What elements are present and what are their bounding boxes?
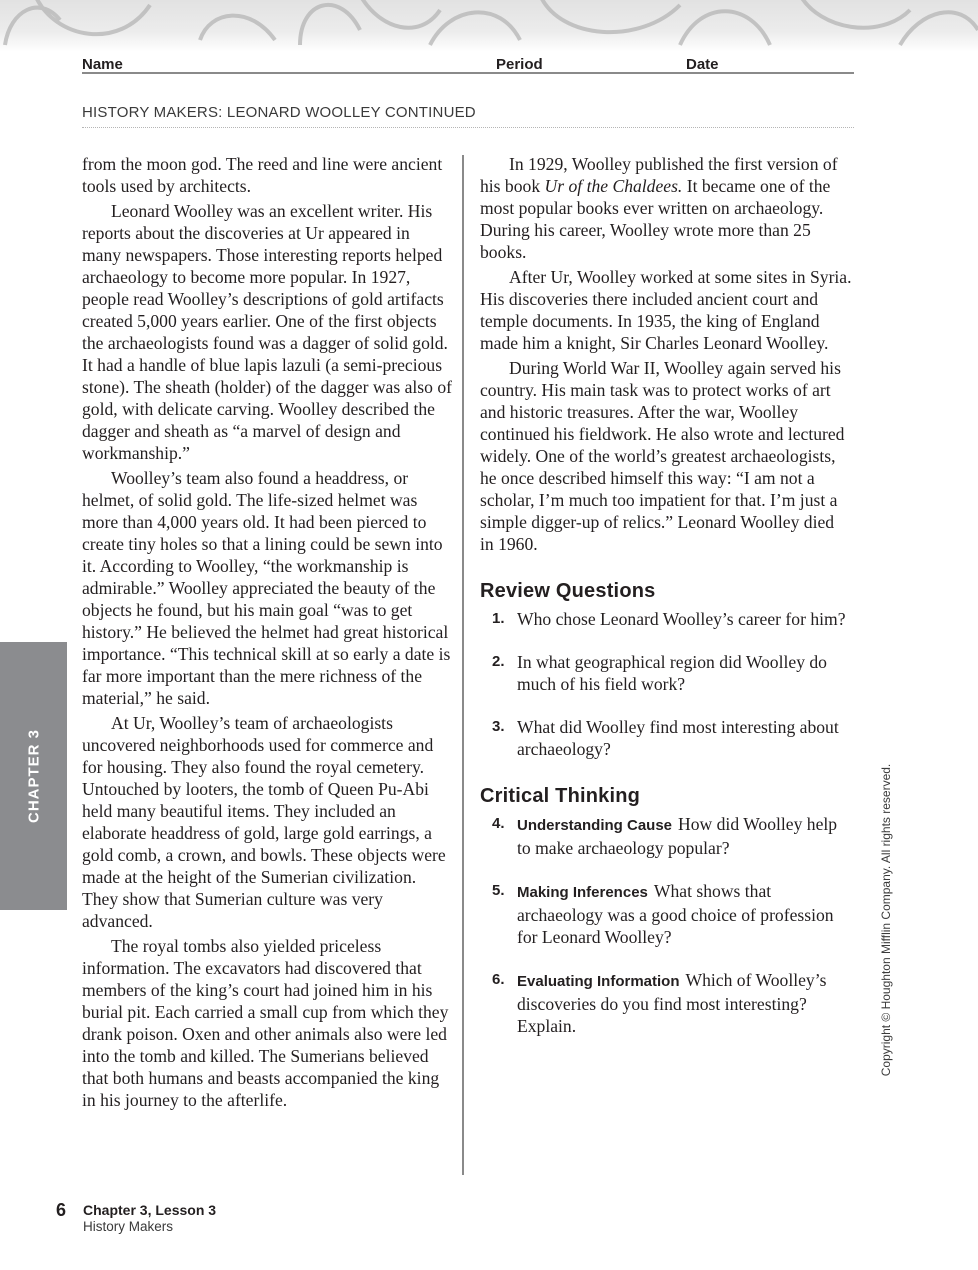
- question-item: 5. Making InferencesWhat shows that arch…: [480, 880, 852, 948]
- question-item: 3. What did Woolley find most interestin…: [480, 716, 852, 760]
- date-label: Date: [686, 56, 719, 74]
- critical-thinking-list: 4. Understanding CauseHow did Woolley he…: [480, 813, 852, 1037]
- name-label: Name: [82, 56, 123, 74]
- question-number: 2.: [492, 651, 505, 673]
- right-column: In 1929, Woolley published the first ver…: [480, 153, 852, 1058]
- question-number: 4.: [492, 813, 505, 835]
- paragraph: The royal tombs also yielded priceless i…: [82, 935, 452, 1111]
- paragraph: At Ur, Woolley’s team of archaeologists …: [82, 712, 452, 932]
- question-text: In what geographical region did Woolley …: [517, 652, 827, 694]
- chapter-side-tab: CHAPTER 3: [0, 642, 67, 910]
- paragraph: from the moon god. The reed and line wer…: [82, 153, 452, 197]
- question-item: 4. Understanding CauseHow did Woolley he…: [480, 813, 852, 859]
- review-questions-list: 1. Who chose Leonard Woolley’s career fo…: [480, 608, 852, 760]
- question-skill: Evaluating Information: [517, 973, 680, 990]
- paragraph: During World War II, Woolley again serve…: [480, 357, 852, 555]
- decorative-banner: [0, 0, 978, 52]
- section-title: HISTORY MAKERS: LEONARD WOOLLEY CONTINUE…: [82, 104, 854, 128]
- left-column: from the moon god. The reed and line wer…: [82, 153, 452, 1114]
- book-title: Ur of the Chaldees.: [545, 176, 683, 196]
- footer-subtitle: History Makers: [83, 1219, 173, 1234]
- footer-lesson: Chapter 3, Lesson 3: [83, 1202, 216, 1218]
- page-number: 6: [56, 1200, 66, 1221]
- paragraph: In 1929, Woolley published the first ver…: [480, 153, 852, 263]
- question-text: Who chose Leonard Woolley’s career for h…: [517, 609, 846, 629]
- chapter-tab-label: CHAPTER 3: [25, 729, 42, 823]
- question-number: 1.: [492, 608, 505, 630]
- question-text: What did Woolley find most interesting a…: [517, 717, 839, 759]
- copyright-text: Copyright © Houghton Mifflin Company. Al…: [879, 764, 893, 1077]
- critical-thinking-heading: Critical Thinking: [480, 785, 852, 807]
- question-item: 6. Evaluating InformationWhich of Woolle…: [480, 969, 852, 1037]
- swirl-pattern-icon: [0, 0, 978, 52]
- period-label: Period: [496, 56, 543, 74]
- question-number: 5.: [492, 880, 505, 902]
- review-questions-heading: Review Questions: [480, 580, 852, 602]
- question-number: 3.: [492, 716, 505, 738]
- paragraph: After Ur, Woolley worked at some sites i…: [480, 266, 852, 354]
- question-skill: Understanding Cause: [517, 817, 672, 834]
- paragraph: Leonard Woolley was an excellent writer.…: [82, 200, 452, 464]
- question-item: 2. In what geographical region did Wooll…: [480, 651, 852, 695]
- question-item: 1. Who chose Leonard Woolley’s career fo…: [480, 608, 852, 630]
- student-info-line: Name Period Date: [82, 56, 854, 74]
- column-divider: [462, 155, 464, 1175]
- question-number: 6.: [492, 969, 505, 991]
- question-skill: Making Inferences: [517, 884, 648, 901]
- paragraph: Woolley’s team also found a headdress, o…: [82, 467, 452, 709]
